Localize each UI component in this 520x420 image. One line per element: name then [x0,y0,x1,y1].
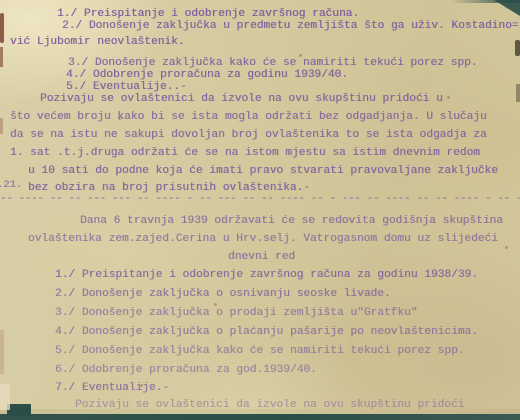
scan-edge-artifact [0,118,3,134]
paper-speck [214,303,217,306]
typed-line: 5./ Donošenje zaključka kako će se namir… [55,345,465,357]
paper-speck [505,246,508,249]
scan-corner-artifact [7,404,31,416]
typed-line: 5./ Eventualije..- [66,81,187,93]
typed-line: 2./ Donošenje zaključka u predmetu zemlj… [62,20,519,32]
typed-dashed-rule: -- ---- -- -- --- --- -- ---- - -- --- -… [0,193,520,205]
paper-speck [140,384,143,387]
typed-line: da se na istu ne sakupi dovoljan broj ov… [10,129,487,141]
typed-line: što većem broju kako bi se ista mogla od… [10,111,487,123]
typed-line: Dana 6 travnja 1939 održavati će se redo… [80,215,503,227]
scan-edge-artifact [0,13,4,43]
typed-line: 1./ Preispitanje i odobrenje završnog ra… [55,269,478,281]
typed-line: 3./ Donošenje zaključka o prodaji zemlji… [55,307,418,319]
typed-line: 2./ Donošenje zaključka o osnivanju seos… [55,288,391,300]
typed-line: u 10 sati do podne koja će imati pravo s… [28,165,498,177]
typed-line: 1./ Preispitanje i odobrenje završnog ra… [57,8,359,20]
typed-line: dnevni red [228,251,295,263]
scan-edge-artifact [516,84,520,102]
scan-edge-artifact [0,47,3,67]
typed-line: ovlaštenika zem.zajed.Cerina u Hrv.selj.… [28,233,498,245]
scan-edge-artifact [450,0,520,3]
scan-edge-artifact [515,40,520,56]
typed-line: 3./ Donošenje zaključka kako će se namir… [68,57,478,69]
typed-line: Pozivaju se ovlaštenici da izvole na ovu… [40,93,443,105]
typed-line: vić Ljubomir neovlaštenik. [10,36,185,48]
typed-line: 7./ Eventualije.- [55,382,169,394]
paper-speck [118,117,121,120]
margin-note: .21. [0,179,22,191]
paper-speck [299,54,302,57]
paper-speck [447,96,450,99]
scan-edge-artifact [0,384,10,410]
scan-edge-artifact [0,414,520,420]
typed-line: 4./ Odobrenje proračuna za godinu 1939/4… [66,69,348,81]
scanned-document-page: 1./ Preispitanje i odobrenje završnog ra… [0,0,520,420]
typed-line: 1. sat .t.j.druga održati će se na istom… [10,147,480,159]
scan-edge-artifact [0,330,4,374]
typed-line: 4./ Donošenje zaključka o plaćanju pašar… [55,326,478,338]
typed-line: 6./ Odobrenje proračuna za god.1939/40. [55,364,317,376]
paper-speck [466,22,469,25]
